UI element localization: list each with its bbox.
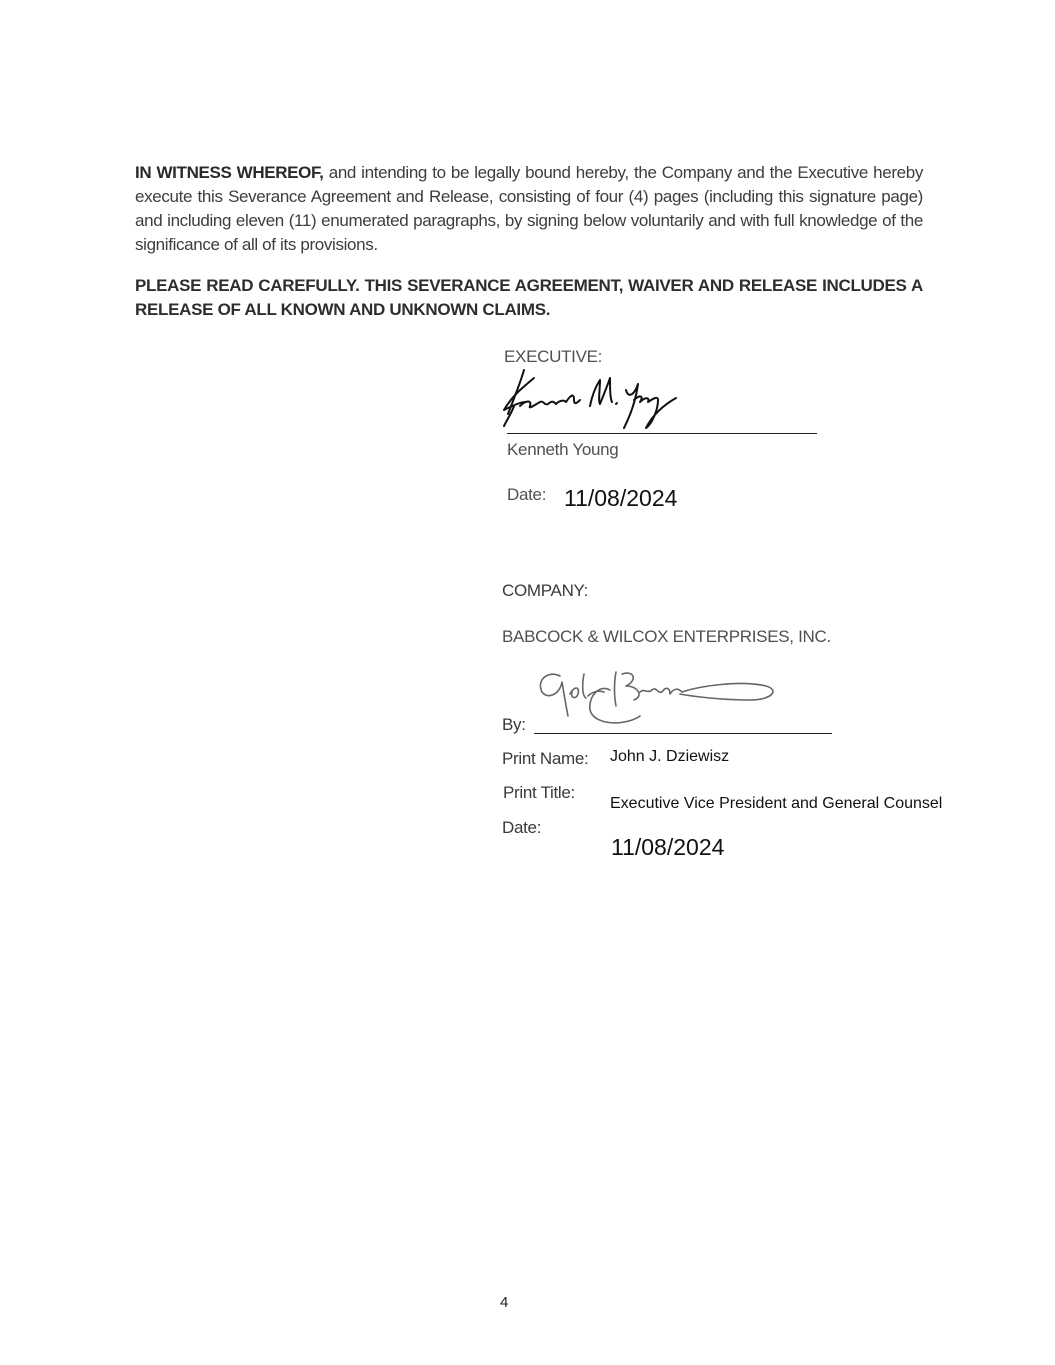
document-page: IN WITNESS WHEREOF, and intending to be …	[0, 0, 1055, 1365]
company-heading: COMPANY:	[502, 581, 588, 601]
executive-name: Kenneth Young	[507, 440, 618, 460]
company-date-value: 11/08/2024	[611, 834, 724, 861]
print-name-value: John J. Dziewisz	[610, 748, 729, 766]
executive-signature-icon	[500, 366, 685, 434]
print-title-label: Print Title:	[503, 783, 575, 803]
witness-paragraph: IN WITNESS WHEREOF, and intending to be …	[135, 161, 923, 257]
company-entity: BABCOCK & WILCOX ENTERPRISES, INC.	[502, 627, 831, 647]
print-name-label: Print Name:	[502, 749, 588, 769]
executive-heading: EXECUTIVE:	[504, 347, 602, 367]
print-title-value: Executive Vice President and General Cou…	[610, 795, 942, 813]
company-signature-line	[534, 733, 832, 734]
executive-signature-line	[507, 433, 817, 434]
page-number: 4	[500, 1294, 508, 1311]
witness-lead: IN WITNESS WHEREOF,	[135, 163, 324, 182]
company-signature-icon	[530, 666, 780, 730]
executive-date-value: 11/08/2024	[564, 485, 677, 512]
executive-date-label: Date:	[507, 485, 546, 505]
release-notice: PLEASE READ CAREFULLY. THIS SEVERANCE AG…	[135, 274, 923, 322]
company-date-label: Date:	[502, 818, 541, 838]
by-label: By:	[502, 715, 526, 735]
